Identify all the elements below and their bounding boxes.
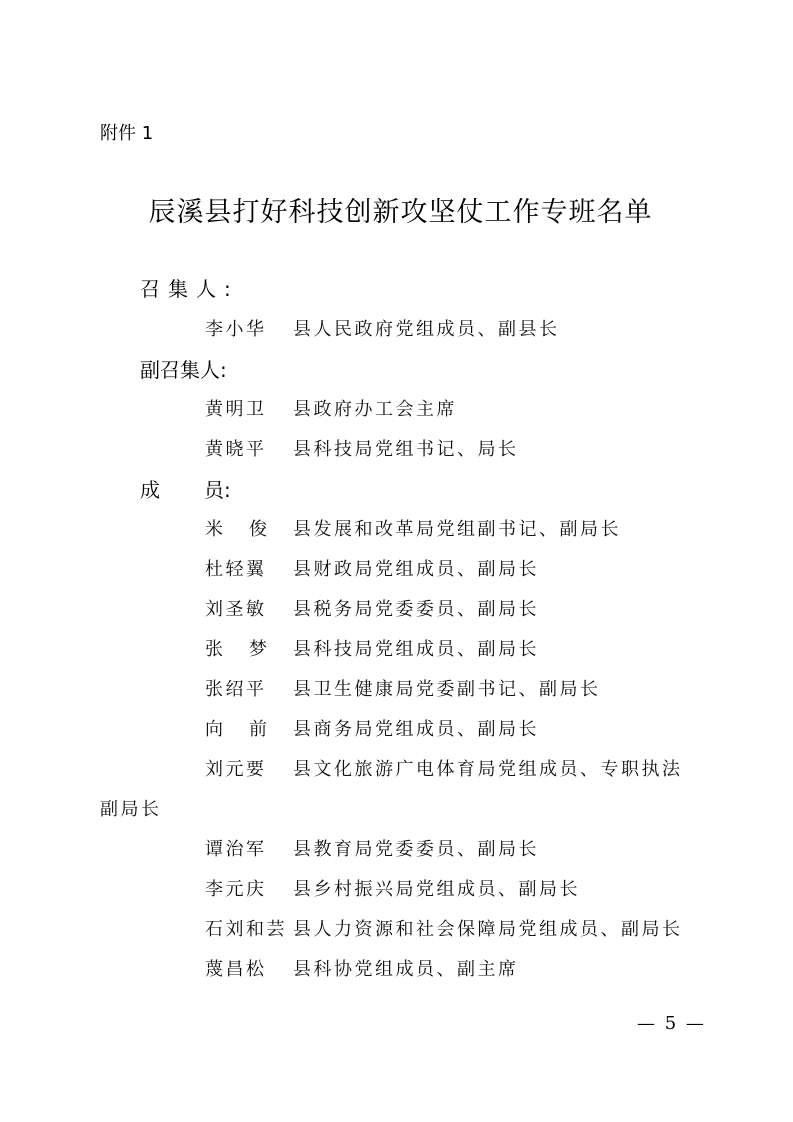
document-page: 附件 1 辰溪县打好科技创新攻坚仗工作专班名单 召集人: 李小华县人民政府党组成… <box>0 0 793 1122</box>
member-position: 县发展和改革局党组副书记、副局长 <box>293 519 621 540</box>
member-name: 米俊 <box>205 515 293 541</box>
member-position: 县税务局党委委员、副局长 <box>293 599 539 620</box>
list-item: 杜轻翼县财政局党组成员、副局长 <box>205 555 539 581</box>
member-name: 张梦 <box>205 635 293 661</box>
member-name: 黄明卫 <box>205 395 293 421</box>
member-name: 谭治军 <box>205 835 293 861</box>
member-position: 县科协党组成员、副主席 <box>293 959 519 980</box>
member-position: 县财政局党组成员、副局长 <box>293 559 539 580</box>
member-position: 县卫生健康局党委副书记、副局长 <box>293 679 601 700</box>
list-item: 张梦县科技局党组成员、副局长 <box>205 635 539 661</box>
member-position: 县人民政府党组成员、副县长 <box>293 319 560 340</box>
member-name: 黄晓平 <box>205 435 293 461</box>
member-name: 杜轻翼 <box>205 555 293 581</box>
document-title: 辰溪县打好科技创新攻坚仗工作专班名单 <box>0 190 793 229</box>
list-item: 李小华县人民政府党组成员、副县长 <box>205 315 560 341</box>
list-item: 向前县商务局党组成员、副局长 <box>205 715 539 741</box>
member-name: 向前 <box>205 715 293 741</box>
vice-convener-heading: 副召集人: <box>140 354 227 383</box>
member-position: 县人力资源和社会保障局党组成员、副局长 <box>293 919 683 940</box>
member-position: 县政府办工会主席 <box>293 399 457 420</box>
member-position: 县科技局党组成员、副局长 <box>293 639 539 660</box>
member-name: 李小华 <box>205 315 293 341</box>
member-name: 蔑昌松 <box>205 955 293 981</box>
list-item: 蔑昌松县科协党组成员、副主席 <box>205 955 519 981</box>
member-name: 张绍平 <box>205 675 293 701</box>
list-item: 黄明卫县政府办工会主席 <box>205 395 457 421</box>
member-name: 李元庆 <box>205 875 293 901</box>
member-position-continuation: 副局长 <box>100 795 162 821</box>
member-position: 县商务局党组成员、副局长 <box>293 719 539 740</box>
member-name: 刘元要 <box>205 755 293 781</box>
attachment-label: 附件 1 <box>100 119 153 145</box>
convener-heading: 召集人: <box>140 273 239 302</box>
member-position: 县文化旅游广电体育局党组成员、专职执法 <box>293 759 683 780</box>
member-name: 刘圣敏 <box>205 595 293 621</box>
member-position: 县教育局党委委员、副局长 <box>293 839 539 860</box>
member-position: 县科技局党组书记、局长 <box>293 439 519 460</box>
list-item: 石刘和芸县人力资源和社会保障局党组成员、副局长 <box>205 915 683 941</box>
member-position: 县乡村振兴局党组成员、副局长 <box>293 879 580 900</box>
list-item: 张绍平县卫生健康局党委副书记、副局长 <box>205 675 601 701</box>
member-name: 石刘和芸 <box>205 915 287 941</box>
list-item: 谭治军县教育局党委委员、副局长 <box>205 835 539 861</box>
list-item: 李元庆县乡村振兴局党组成员、副局长 <box>205 875 580 901</box>
members-heading: 成员: <box>140 474 231 503</box>
list-item: 米俊县发展和改革局党组副书记、副局长 <box>205 515 621 541</box>
list-item: 黄晓平县科技局党组书记、局长 <box>205 435 519 461</box>
page-number: — 5 — <box>637 1013 704 1034</box>
list-item: 刘圣敏县税务局党委委员、副局长 <box>205 595 539 621</box>
list-item: 刘元要县文化旅游广电体育局党组成员、专职执法 <box>205 755 683 781</box>
